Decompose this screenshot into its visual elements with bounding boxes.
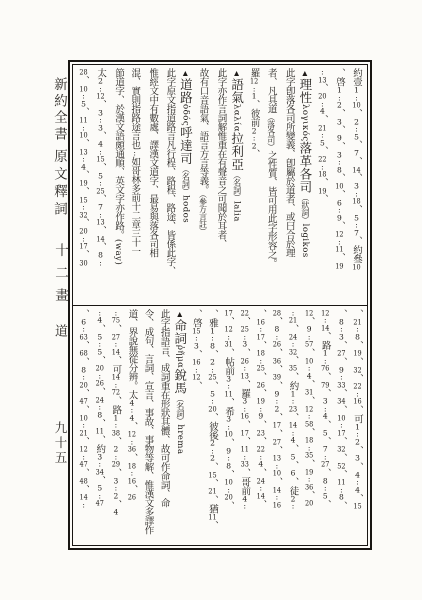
text-column: :4、5:5、20:26、24:8、11、約3:34、5:47 bbox=[91, 309, 107, 545]
chapter-verse-colon: : bbox=[96, 116, 105, 124]
verse-number: 4 bbox=[96, 140, 105, 148]
chapter-verse-colon: : bbox=[353, 430, 362, 438]
chapter-verse-colon: : bbox=[335, 238, 344, 246]
verse-number: 4 bbox=[256, 460, 265, 468]
verse-number: 9 bbox=[335, 134, 344, 142]
verse-number: 19 bbox=[256, 397, 265, 405]
entry-marker-icon: ▲ bbox=[175, 309, 185, 319]
text-column: 此字亦作言詞解惟重在有聲音之可聞於耳者、 bbox=[211, 68, 228, 304]
verse-number: 16 bbox=[240, 412, 249, 420]
chapter-verse-colon: : bbox=[272, 462, 281, 470]
verse-number: 76 bbox=[321, 364, 330, 372]
chapter-verse-colon: : bbox=[352, 94, 361, 102]
verse-number: 21 bbox=[318, 124, 327, 132]
verse-number: 10 bbox=[352, 101, 361, 109]
verse-number: 4 bbox=[353, 486, 362, 494]
verse-number: 22 bbox=[256, 445, 265, 453]
chapter-verse-colon: : bbox=[130, 149, 139, 157]
verse-number: 1 bbox=[208, 327, 217, 335]
verse-number: 3 bbox=[240, 397, 249, 405]
text-column: 故有口音語氣、語言方言等義。（參方言註） bbox=[194, 68, 211, 304]
chapter-verse-colon: : bbox=[79, 92, 88, 100]
verse-number: 18 bbox=[305, 436, 314, 444]
verse-number: 20 bbox=[208, 405, 217, 413]
verse-number: 2 bbox=[352, 118, 361, 126]
page-number: 九十五 bbox=[51, 421, 69, 466]
verse-number: 6 bbox=[79, 318, 88, 326]
verse-number: 24 bbox=[256, 477, 265, 485]
part-of-speech-note: （參方言註） bbox=[198, 194, 207, 235]
chapter-verse-colon: : bbox=[224, 382, 233, 390]
text-column: 約壹1:10、2:5、7、14、3:18、5:7、約叄10 bbox=[348, 68, 365, 304]
chapter-verse-colon: : bbox=[79, 124, 88, 132]
verse-number: 3 bbox=[96, 109, 105, 117]
verse-number: 11 bbox=[79, 116, 88, 124]
verse-number: 19 bbox=[353, 349, 362, 357]
chapter-verse-colon: : bbox=[272, 397, 281, 405]
text-column: 28、10:5、11:10、13:4、19、15:32、20:17、30 bbox=[75, 68, 92, 304]
verse-number: 15 bbox=[208, 471, 217, 479]
verse-number: 39 bbox=[272, 373, 281, 381]
chapter-verse-colon: : bbox=[305, 333, 314, 341]
verse-number: 33 bbox=[240, 460, 249, 468]
chapter-verse-colon: : bbox=[256, 325, 265, 333]
verse-number: 29 bbox=[111, 460, 120, 468]
verse-number: 10 bbox=[224, 430, 233, 438]
chapter-verse-colon: : bbox=[95, 372, 104, 380]
verse-number: 20 bbox=[305, 499, 314, 507]
headword: 呼達司 bbox=[178, 126, 192, 165]
verse-number: 3 bbox=[335, 151, 344, 159]
verse-number: 27 bbox=[337, 349, 346, 357]
chapter-verse-colon: : bbox=[208, 366, 217, 374]
chapter-verse-colon: : bbox=[95, 492, 104, 500]
verse-number: 36 bbox=[305, 483, 314, 491]
verse-number: 16 bbox=[272, 501, 281, 509]
verse-number: 4 bbox=[127, 399, 136, 407]
top-text-block: 約壹1:10、2:5、7、14、3:18、5:7、約叄10、啓1:2、3、9、3… bbox=[73, 65, 367, 306]
verse-number: 18 bbox=[318, 170, 327, 178]
book-title: 新約全書 bbox=[49, 77, 69, 143]
verse-number: 21 bbox=[79, 429, 88, 437]
chapter-verse-colon: : bbox=[192, 366, 201, 374]
part-of-speech-note: （名詞） bbox=[181, 165, 190, 195]
chapter-verse-colon: : bbox=[321, 484, 330, 492]
chapter-verse-colon: : bbox=[127, 406, 136, 414]
verse-number: 28 bbox=[272, 309, 281, 317]
verse-number: 35 bbox=[305, 451, 314, 459]
entry-marker-icon: ▲ bbox=[180, 68, 190, 78]
verse-number: 4 bbox=[111, 508, 120, 516]
text-column: 者、凡具道（落各司）之性質、皆可用此字形容之。 bbox=[263, 68, 280, 304]
verse-number: 16 bbox=[127, 477, 136, 485]
text-column: 、啓15:3、16:12、 bbox=[188, 309, 204, 545]
headword: 理性 bbox=[298, 78, 312, 104]
text-column: 、啓1:2、3、9、3:8、10、6:9、12:11、19 bbox=[331, 68, 348, 304]
verse-number: 13 bbox=[96, 218, 105, 226]
text-column: 28、8:26、36、39、9:2、17、27、13:10、14:16 bbox=[268, 309, 284, 545]
verse-number: 32 bbox=[353, 366, 362, 374]
chapter-verse-colon: : bbox=[240, 453, 249, 461]
verse-number: 26 bbox=[256, 381, 265, 389]
verse-number: 2 bbox=[96, 77, 105, 85]
chapter-verse-colon: : bbox=[111, 421, 120, 429]
verse-number: 9 bbox=[337, 366, 346, 374]
verse-number: 3 bbox=[352, 182, 361, 190]
chapter-verse-colon: : bbox=[250, 134, 259, 142]
chapter-verse-colon: : bbox=[208, 334, 217, 342]
chapter-verse-colon: : bbox=[335, 206, 344, 214]
verse-number: 25 bbox=[240, 325, 249, 333]
chapter-verse-colon: : bbox=[305, 444, 314, 452]
chapter-verse-colon: : bbox=[305, 412, 314, 420]
verse-number: 11 bbox=[95, 427, 104, 435]
verse-number: 7 bbox=[352, 229, 361, 237]
text-column: 節道字、於漢文語頗通順、英文字亦作路。(way) bbox=[109, 68, 126, 304]
part-of-speech-note: （落各司） bbox=[267, 113, 276, 151]
verse-number: 17 bbox=[272, 421, 281, 429]
verse-number: 19 bbox=[318, 187, 327, 195]
chapter-verse-colon: : bbox=[250, 85, 259, 93]
greek-or-roman-word: hodos bbox=[180, 195, 190, 223]
chapter-verse-colon: : bbox=[79, 373, 88, 381]
chapter-verse-colon: : bbox=[240, 502, 249, 510]
verse-number: 12 bbox=[321, 309, 330, 317]
chapter-verse-colon: : bbox=[353, 390, 362, 398]
verse-number: 16 bbox=[192, 358, 201, 366]
book-subtitle: 原文釋詞 bbox=[49, 149, 69, 219]
text-column: 此字原文指道路言凡行程、路程、路途、皆係此字、 bbox=[160, 68, 177, 304]
chapter-verse-colon: : bbox=[305, 364, 314, 372]
chapter-verse-colon: : bbox=[96, 148, 105, 156]
verse-number: 5 bbox=[289, 453, 298, 461]
verse-number: 9 bbox=[305, 325, 314, 333]
verse-number: 4 bbox=[289, 436, 298, 444]
chapter-verse-colon: : bbox=[79, 453, 88, 461]
verse-number: 5 bbox=[95, 333, 104, 341]
chapter-verse-colon: : bbox=[318, 163, 327, 171]
greek-or-roman-word: hrema bbox=[175, 424, 185, 454]
chapter-verse-colon: : bbox=[240, 364, 249, 372]
verse-number: 25 bbox=[256, 364, 265, 372]
verse-number: 14 bbox=[96, 235, 105, 243]
verse-number: 6 bbox=[289, 469, 298, 477]
verse-number: 3 bbox=[337, 333, 346, 341]
verse-number: 28 bbox=[79, 68, 88, 76]
chapter-verse-colon: : bbox=[240, 333, 249, 341]
verse-number: 14 bbox=[111, 348, 120, 356]
verse-number: 16 bbox=[353, 397, 362, 405]
verse-number: 5 bbox=[321, 492, 330, 500]
greek-or-roman-word: λαλία bbox=[232, 104, 242, 132]
verse-number: 20 bbox=[79, 227, 88, 235]
verse-number: 14 bbox=[289, 421, 298, 429]
verse-number: 9 bbox=[256, 412, 265, 420]
verse-number: 21 bbox=[208, 487, 217, 495]
verse-number: 5 bbox=[79, 100, 88, 108]
headword: 銳馬 bbox=[173, 368, 187, 394]
verse-number: 9 bbox=[335, 214, 344, 222]
verse-number: 14 bbox=[256, 492, 265, 500]
verse-number: 4 bbox=[353, 471, 362, 479]
verse-number: 7 bbox=[352, 149, 361, 157]
verse-number: 12 bbox=[305, 309, 314, 317]
text-column: 混、實則指路途言也:如哥林多前十二章三十一 bbox=[126, 68, 143, 304]
verse-number: 26 bbox=[240, 357, 249, 365]
verse-number: 38 bbox=[111, 429, 120, 437]
verse-number: 26 bbox=[127, 493, 136, 501]
verse-number: 22 bbox=[353, 382, 362, 390]
verse-number: 21 bbox=[289, 316, 298, 324]
verse-number: 27 bbox=[272, 438, 281, 446]
verse-number: 13 bbox=[318, 76, 327, 84]
verse-number: 26 bbox=[95, 379, 104, 387]
verse-number: 32 bbox=[337, 445, 346, 453]
verse-number: 16 bbox=[256, 318, 265, 326]
chapter-verse-colon: : bbox=[95, 309, 104, 317]
chapter-verse-colon: : bbox=[321, 405, 330, 413]
verse-number: 20 bbox=[79, 381, 88, 389]
verse-number: 14 bbox=[79, 493, 88, 501]
text-column: 、6:63、68、8:20、47、10:21、12:47、48、14: bbox=[75, 309, 91, 545]
verse-number: 22 bbox=[240, 309, 249, 317]
chapter-verse-colon: : bbox=[335, 94, 344, 102]
verse-number: 4 bbox=[305, 372, 314, 380]
chapter-verse-colon: : bbox=[111, 381, 120, 389]
verse-number: 5 bbox=[352, 133, 361, 141]
verse-number: 31 bbox=[224, 340, 233, 348]
headword: 道路 bbox=[178, 78, 192, 104]
text-column: 、21:8、19、32、22:16、可1:2、3、4:4、15 bbox=[349, 309, 365, 545]
chapter-verse-colon: : bbox=[96, 85, 105, 93]
text-column: 道、界說無從分辨。太4:4、12:36、18:16、26 bbox=[123, 309, 139, 545]
text-column: 、16:17、18:25、26、19:9、23、22:4、24:14、 bbox=[252, 309, 268, 545]
verse-number: 23 bbox=[256, 429, 265, 437]
verse-number: 19 bbox=[335, 262, 344, 270]
chapter-verse-colon: : bbox=[224, 454, 233, 462]
verse-number: 52 bbox=[337, 462, 346, 470]
verse-number: 14 bbox=[272, 486, 281, 494]
verse-number: 36 bbox=[272, 357, 281, 365]
text-column: 此字指語言、成詞重在形狀其體、故可作命詞、命 bbox=[156, 309, 172, 545]
chapter-verse-colon: : bbox=[321, 316, 330, 324]
verse-number: 34 bbox=[95, 468, 104, 476]
verse-number: 14 bbox=[321, 324, 330, 332]
verse-number: 4 bbox=[318, 107, 327, 115]
text-column: 12、9:57、10:4、31、12:58、18:35、19:36、20 bbox=[301, 309, 317, 545]
verse-number: 5 bbox=[96, 172, 105, 180]
verse-number: 2 bbox=[111, 492, 120, 500]
verse-number: 2 bbox=[250, 127, 259, 135]
chapter-verse-colon: : bbox=[79, 235, 88, 243]
verse-number: 26 bbox=[272, 340, 281, 348]
verse-number: 1 bbox=[335, 86, 344, 94]
entry-marker-icon: ▲ bbox=[300, 68, 310, 78]
chapter-verse-colon: : bbox=[79, 155, 88, 163]
verse-number: 24 bbox=[289, 333, 298, 341]
verse-number: 1 bbox=[352, 86, 361, 94]
verse-number: 14 bbox=[111, 373, 120, 381]
chapter-verse-colon: : bbox=[192, 334, 201, 342]
chapter-verse-colon: : bbox=[337, 486, 346, 494]
verse-number: 15 bbox=[353, 502, 362, 510]
verse-number: 17 bbox=[79, 242, 88, 250]
headword: 命詞 bbox=[173, 319, 187, 345]
verse-number: 4 bbox=[79, 163, 88, 171]
text-column: 此字卽落各司所變義、卽屬於道者、或曰合於理 bbox=[280, 68, 297, 304]
verse-number: 12 bbox=[127, 430, 136, 438]
verse-number: 3 bbox=[224, 415, 233, 423]
verse-number: 5 bbox=[95, 348, 104, 356]
verse-number: 12 bbox=[335, 230, 344, 238]
chapter-verse-colon: : bbox=[208, 397, 217, 405]
text-column: 太2:12、3:3、4:15、5:25、7:13、14、8: bbox=[92, 68, 109, 304]
verse-number: 12 bbox=[96, 92, 105, 100]
text-column: :75、27:14、可14:72、路1:38、2:29、3:2、4 bbox=[107, 309, 123, 545]
chapter-verse-colon: : bbox=[224, 486, 233, 494]
chapter-verse-colon: : bbox=[224, 333, 233, 341]
verse-number: 1 bbox=[321, 349, 330, 357]
verse-number: 72 bbox=[111, 388, 120, 396]
text-column: 惟經文中有數處、譯漢文道字、最易與落各司相 bbox=[143, 68, 160, 304]
verse-number: 47 bbox=[79, 460, 88, 468]
greek-or-roman-word: λογικός bbox=[300, 104, 310, 142]
chapter-verse-colon: : bbox=[256, 405, 265, 413]
verse-number: 8 bbox=[353, 333, 362, 341]
verse-number: 4 bbox=[127, 414, 136, 422]
headword: 語氣 bbox=[230, 78, 244, 104]
verse-number: 17 bbox=[256, 333, 265, 341]
greek-or-roman-word: lalia bbox=[232, 201, 242, 222]
verse-number: 2 bbox=[353, 438, 362, 446]
section-stroke-count: 十二畫 bbox=[50, 243, 70, 311]
text-column: ▲命詞ῥῆμα銳馬（名詞）hrema bbox=[172, 309, 188, 545]
verse-number: 31 bbox=[305, 388, 314, 396]
bottom-text-block: 、21:8、19、32、22:16、可1:2、3、4:4、15、8:3、27、9… bbox=[73, 306, 367, 546]
verse-number: 5 bbox=[318, 139, 327, 147]
page-frame-inner: 約壹1:10、2:5、7、14、3:18、5:7、約叄10、啓1:2、3、9、3… bbox=[72, 64, 368, 546]
verse-number: 8 bbox=[272, 325, 281, 333]
verse-number: 2 bbox=[289, 495, 298, 503]
verse-number: 9 bbox=[224, 447, 233, 455]
chapter-verse-colon: : bbox=[79, 501, 88, 509]
chapter-verse-colon: : bbox=[337, 373, 346, 381]
verse-number: 2 bbox=[208, 358, 217, 366]
verse-number: 8 bbox=[337, 318, 346, 326]
chapter-verse-colon: : bbox=[337, 421, 346, 429]
entry-marker-icon: ▲ bbox=[232, 68, 242, 78]
verse-number: 18 bbox=[127, 462, 136, 470]
chapter-verse-colon: : bbox=[79, 325, 88, 333]
verse-number: 5 bbox=[321, 429, 330, 437]
verse-number: 79 bbox=[321, 381, 330, 389]
verse-number: 3 bbox=[321, 397, 330, 405]
chapter-verse-colon: : bbox=[256, 453, 265, 461]
chapter-verse-colon: : bbox=[96, 211, 105, 219]
chapter-verse-colon: : bbox=[305, 475, 314, 483]
chapter-verse-colon: : bbox=[95, 340, 104, 348]
verse-number: 12 bbox=[79, 445, 88, 453]
chapter-verse-colon: : bbox=[353, 478, 362, 486]
text-column: ▲道路ὁδός呼達司（名詞）hodos bbox=[177, 68, 194, 304]
verse-number: 7 bbox=[321, 445, 330, 453]
verse-number: 2 bbox=[272, 405, 281, 413]
headword: 拉利亞 bbox=[230, 132, 244, 171]
verse-number: 11 bbox=[240, 445, 249, 453]
chapter-verse-colon: : bbox=[289, 309, 298, 317]
verse-number: 10 bbox=[305, 357, 314, 365]
text-column: 、8:3、27、9:33、34、10:17、32、52、11:8、 bbox=[333, 309, 349, 545]
verse-number: 3 bbox=[95, 453, 104, 461]
scanned-book-page: 新約全書 原文釋詞 十二畫 道 九十五 約壹1:10、2:5、7、14、3:18… bbox=[0, 0, 422, 600]
verse-number: 17 bbox=[240, 429, 249, 437]
chapter-verse-colon: : bbox=[321, 453, 330, 461]
verse-number: 2 bbox=[208, 454, 217, 462]
verse-number: 21 bbox=[353, 318, 362, 326]
chapter-verse-colon: : bbox=[289, 340, 298, 348]
chapter-verse-colon: : bbox=[353, 325, 362, 333]
chapter-verse-colon: : bbox=[95, 403, 104, 411]
verse-number: 9 bbox=[272, 390, 281, 398]
verse-number: 2 bbox=[111, 445, 120, 453]
verse-number: 32 bbox=[79, 211, 88, 219]
verse-number: 2 bbox=[250, 142, 259, 150]
verse-number: 15 bbox=[192, 327, 201, 335]
verse-number: 1 bbox=[289, 390, 298, 398]
verse-number: 68 bbox=[79, 349, 88, 357]
verse-number: 1 bbox=[111, 414, 120, 422]
verse-number: 19 bbox=[79, 179, 88, 187]
verse-number: 3 bbox=[353, 454, 362, 462]
verse-number: 14 bbox=[352, 166, 361, 174]
verse-number: 1 bbox=[353, 423, 362, 431]
verse-number: 5 bbox=[352, 214, 361, 222]
verse-number: 47 bbox=[79, 397, 88, 405]
text-column: :21、24:32、35、約1:23、14:4、5、6、徒2: bbox=[284, 309, 300, 545]
chapter-verse-colon: : bbox=[352, 190, 361, 198]
verse-number: 10 bbox=[335, 182, 344, 190]
chapter-verse-colon: : bbox=[256, 357, 265, 365]
verse-number: 8 bbox=[208, 342, 217, 350]
part-of-speech-note: （狀詞） bbox=[301, 194, 310, 224]
chapter-verse-colon: : bbox=[79, 203, 88, 211]
verse-number: 1 bbox=[250, 92, 259, 100]
verse-number: 12 bbox=[192, 373, 201, 381]
verse-number: 5 bbox=[95, 484, 104, 492]
verse-number: 7 bbox=[96, 203, 105, 211]
verse-number: 2 bbox=[208, 439, 217, 447]
verse-number: 25 bbox=[96, 187, 105, 195]
chapter-verse-colon: : bbox=[96, 179, 105, 187]
verse-number: 17 bbox=[337, 429, 346, 437]
verse-number: 4 bbox=[321, 412, 330, 420]
text-column: 22、25:3、26:13、羅3:16、17、11:33、哥前4: bbox=[236, 309, 252, 545]
verse-number: 15 bbox=[96, 155, 105, 163]
chapter-verse-colon: : bbox=[335, 158, 344, 166]
verse-number: 33 bbox=[337, 381, 346, 389]
text-column: 17、12:31、帖前3:11、希3:10、9:8、10:20、 bbox=[220, 309, 236, 545]
chapter-verse-colon: : bbox=[111, 453, 120, 461]
text-column: :13、20:4、21:5、22:18、19、 bbox=[314, 68, 331, 304]
verse-number: 11 bbox=[335, 245, 344, 253]
verse-number: 3 bbox=[111, 477, 120, 485]
verse-number: 32 bbox=[289, 348, 298, 356]
verse-number: 10 bbox=[79, 131, 88, 139]
verse-number: 35 bbox=[289, 364, 298, 372]
chapter-verse-colon: : bbox=[79, 421, 88, 429]
verse-number: 13 bbox=[240, 372, 249, 380]
verse-number: 36 bbox=[127, 445, 136, 453]
